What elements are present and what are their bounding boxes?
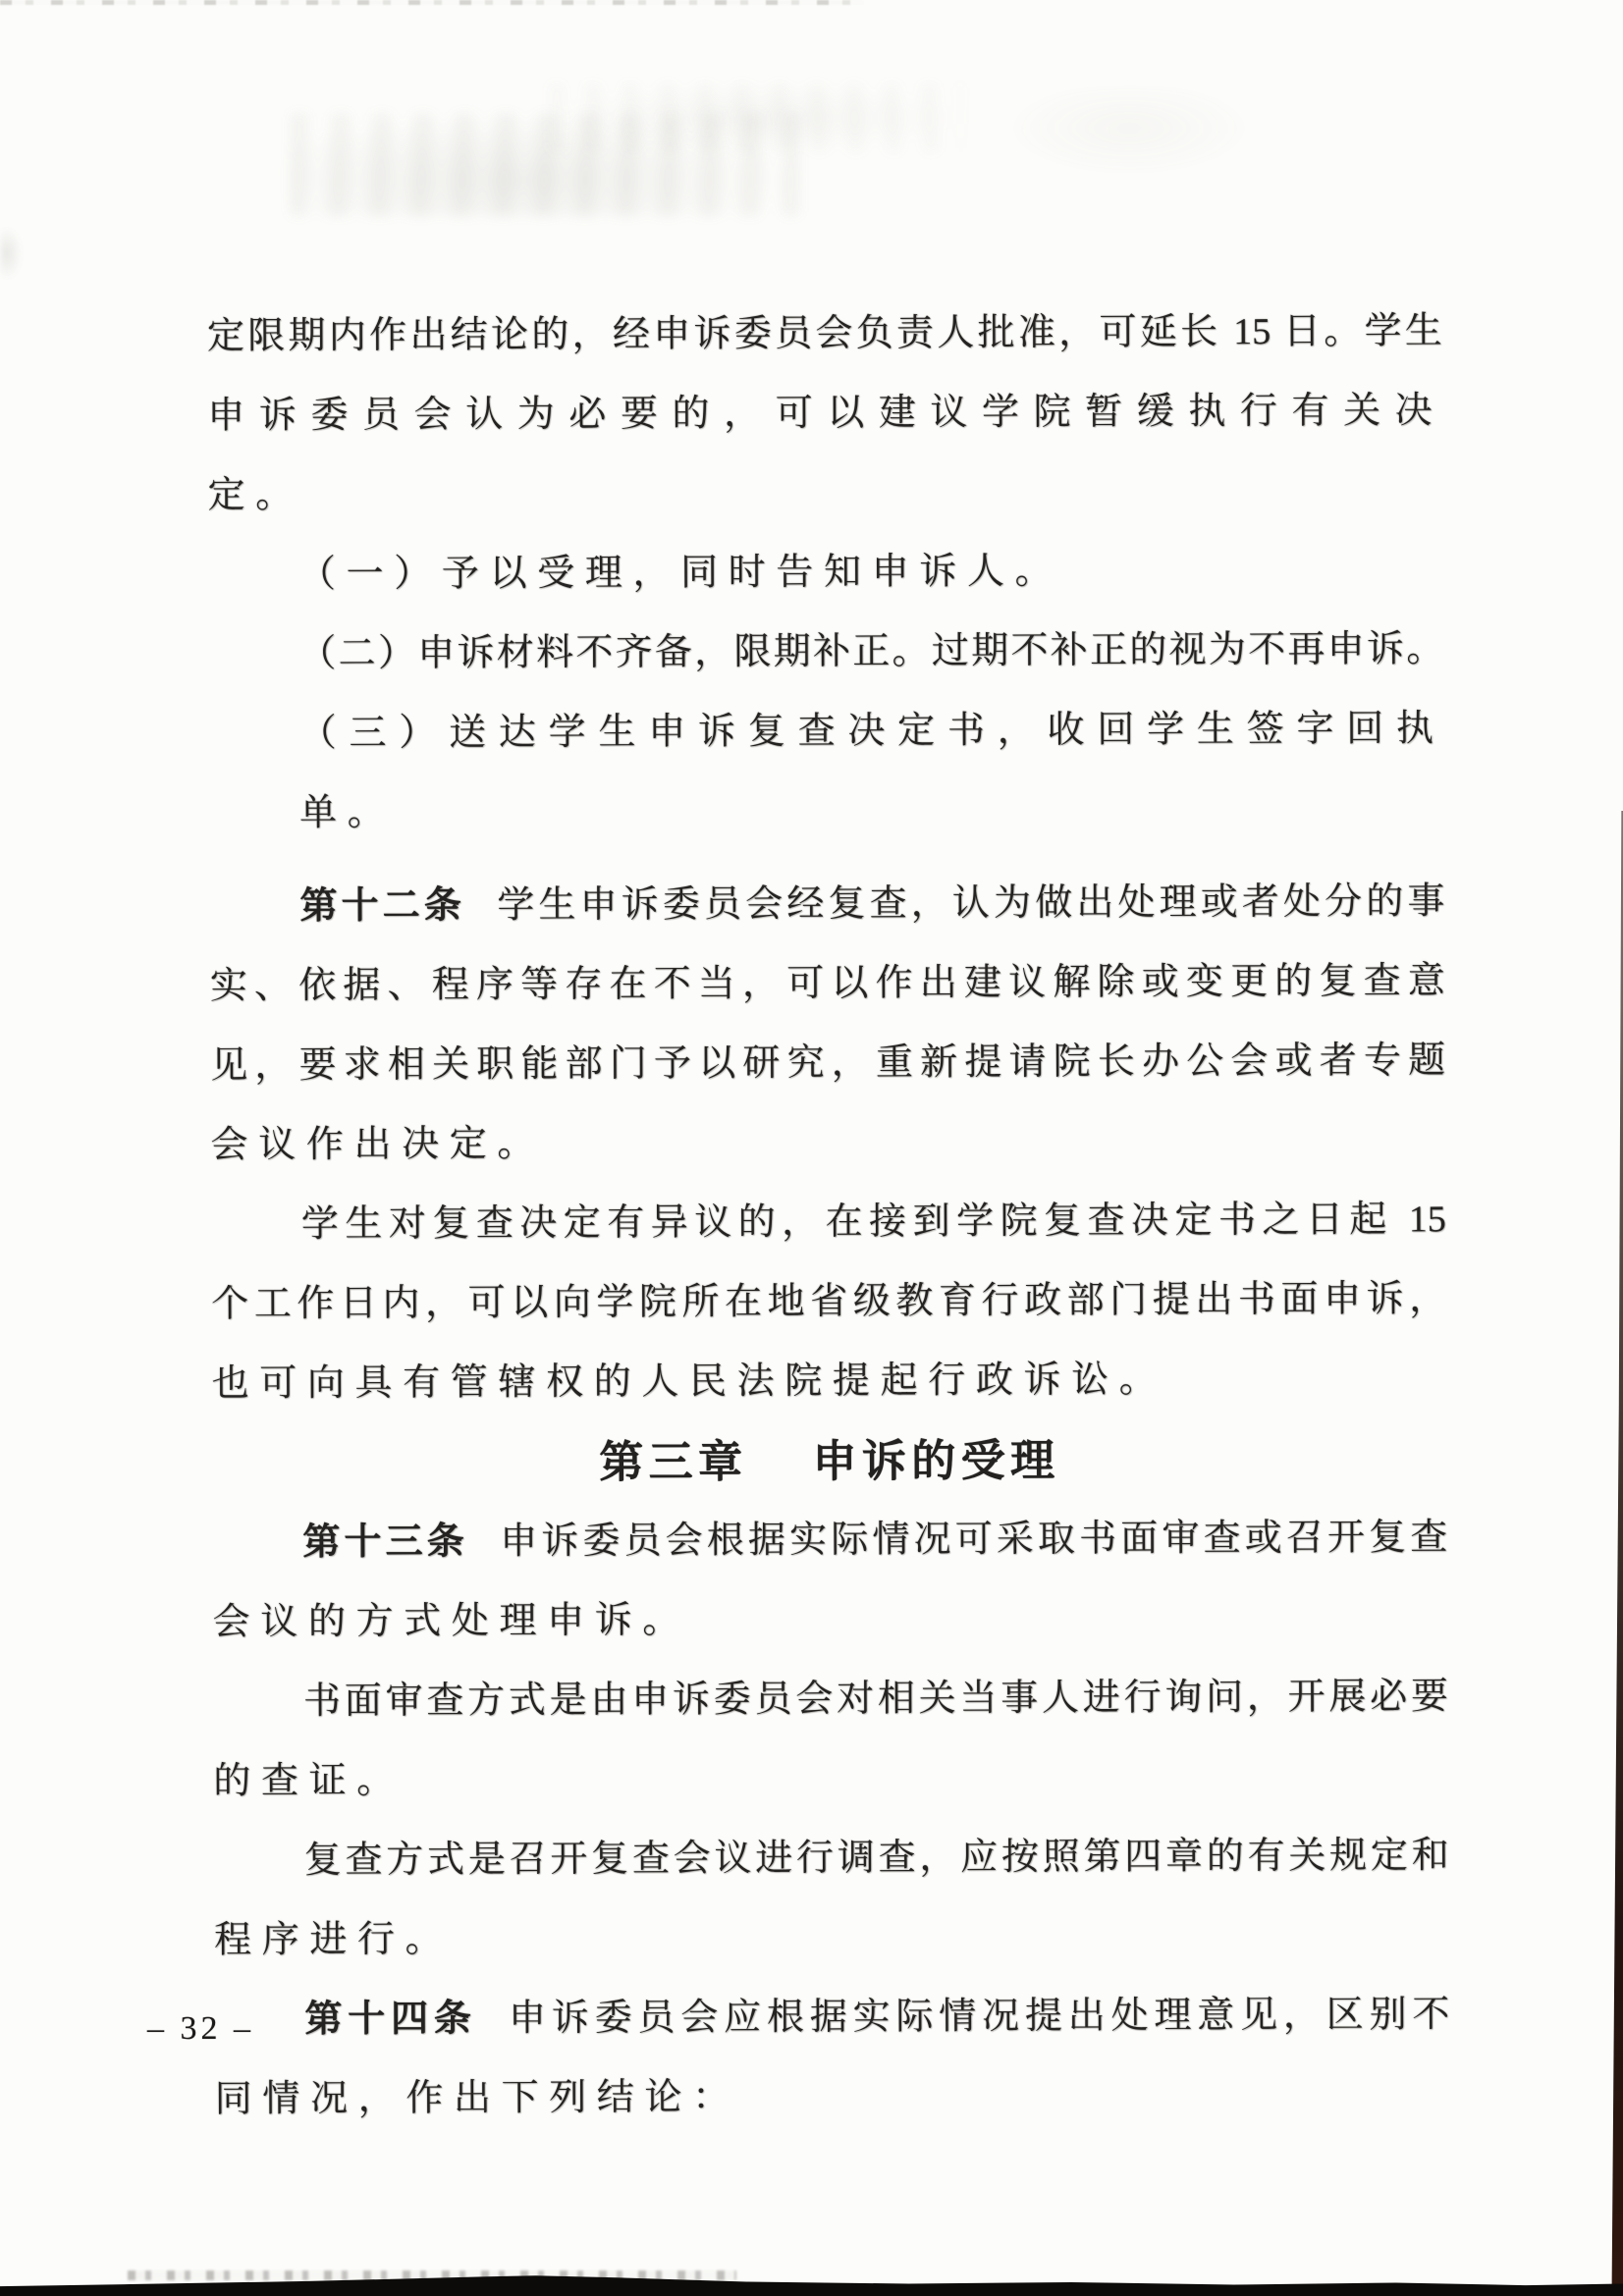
paragraph-written-review: 书面审查方式是由申诉委员会对相关当事人进行询问，开展必要 的查证。 — [213, 1657, 1449, 1821]
text-line: 见，要求相关职能部门予以研究，重新提请院长办公会或者专题 — [210, 1021, 1445, 1105]
article-number: 第十二条 — [299, 885, 465, 928]
chapter-title: 申诉的受理 — [812, 1435, 1059, 1486]
paragraph-article-14: 第十四条申诉委员会应根据实际情况提出处理意见，区别不 同情况，作出下列结论： — [214, 1975, 1450, 2139]
article-number: 第十四条 — [304, 1999, 476, 2041]
text-line: 实、依据、程序等存在不当，可以作出建议解除或变更的复查意 — [210, 941, 1445, 1026]
text-line: （二）申诉材料不齐备，限期补正。过期不补正的视为不再申诉。 — [208, 610, 1443, 694]
page-number: – 32 – — [147, 2002, 254, 2056]
text-line: 学生对复查决定有异议的，在接到学院复查决定书之日起 15 — [211, 1180, 1446, 1264]
text-line: 定限期内作出结论的，经申诉委员会负责人批准，可延长 15 日。学生 — [207, 292, 1442, 376]
text-line: （三）送达学生申诉复查决定书，收回学生签字回执单。 — [208, 689, 1444, 853]
scan-edge-right — [1609, 811, 1623, 2296]
article-text: 学生申诉委员会经复查，认为做出处理或者处分的事 — [497, 881, 1444, 926]
scan-ghosting — [1001, 88, 1257, 177]
paragraph-appeal-rights: 学生对复查决定有异议的，在接到学院复查决定书之日起 15 个工作日内，可以向学院… — [211, 1180, 1447, 1423]
article-text: 申诉委员会应根据实际情况提出处理意见，区别不 — [509, 1994, 1450, 2039]
list-item-3: （三）送达学生申诉复查决定书，收回学生签字回执单。 — [208, 689, 1444, 853]
scan-edge-top-noise — [0, 0, 864, 5]
text-line: 第十二条学生申诉委员会经复查，认为做出处理或者处分的事 — [209, 862, 1444, 946]
scan-ghosting — [290, 113, 800, 216]
text-line: （一）予以受理，同时告知申诉人。 — [208, 530, 1443, 614]
paragraph-article-12: 第十二条学生申诉委员会经复查，认为做出处理或者处分的事 实、依据、程序等存在不当… — [209, 862, 1445, 1185]
text-line: 复查方式是召开复查会议进行调查，应按照第四章的有关规定和 — [214, 1816, 1449, 1900]
document-body: 定限期内作出结论的，经申诉委员会负责人批准，可延长 15 日。学生 申诉委员会认… — [207, 292, 1450, 2139]
chapter-heading: 第三章申诉的受理 — [212, 1418, 1447, 1503]
text-line: 会议作出决定。 — [210, 1100, 1445, 1185]
scan-ghosting — [550, 83, 962, 152]
text-line: 第十四条申诉委员会应根据实际情况提出处理意见，区别不 — [214, 1975, 1449, 2059]
text-line: 书面审查方式是由申诉委员会对相关当事人进行询问，开展必要 — [213, 1657, 1448, 1741]
list-item-1: （一）予以受理，同时告知申诉人。 — [208, 530, 1443, 614]
scanned-document-page: 定限期内作出结论的，经申诉委员会负责人批准，可延长 15 日。学生 申诉委员会认… — [0, 0, 1623, 2296]
paragraph-review-meeting: 复查方式是召开复查会议进行调查，应按照第四章的有关规定和 程序进行。 — [214, 1816, 1450, 1980]
article-text: 申诉委员会根据实际情况可采取书面审查或召开复查 — [500, 1517, 1447, 1562]
scan-smudge-left — [0, 228, 22, 279]
text-line: 第十三条申诉委员会根据实际情况可采取书面审查或召开复查 — [212, 1498, 1447, 1582]
paragraph-article-13: 第十三条申诉委员会根据实际情况可采取书面审查或召开复查 会议的方式处理申诉。 — [212, 1498, 1448, 1662]
text-line: 同情况，作出下列结论： — [215, 2055, 1450, 2139]
text-line: 的查证。 — [213, 1736, 1448, 1821]
list-item-2: （二）申诉材料不齐备，限期补正。过期不补正的视为不再申诉。 — [208, 610, 1443, 694]
text-line: 也可向具有管辖权的人民法院提起行政诉讼。 — [211, 1339, 1446, 1423]
paragraph-continued: 定限期内作出结论的，经申诉委员会负责人批准，可延长 15 日。学生 申诉委员会认… — [207, 292, 1443, 535]
chapter-number: 第三章 — [599, 1436, 747, 1487]
text-line: 程序进行。 — [214, 1896, 1449, 1980]
text-line: 会议的方式处理申诉。 — [212, 1577, 1447, 1662]
article-number: 第十三条 — [302, 1522, 468, 1564]
text-line: 申诉委员会认为必要的，可以建议学院暂缓执行有关决定。 — [207, 371, 1443, 535]
text-line: 个工作日内，可以向学院所在地省级教育行政部门提出书面申诉， — [211, 1259, 1446, 1344]
